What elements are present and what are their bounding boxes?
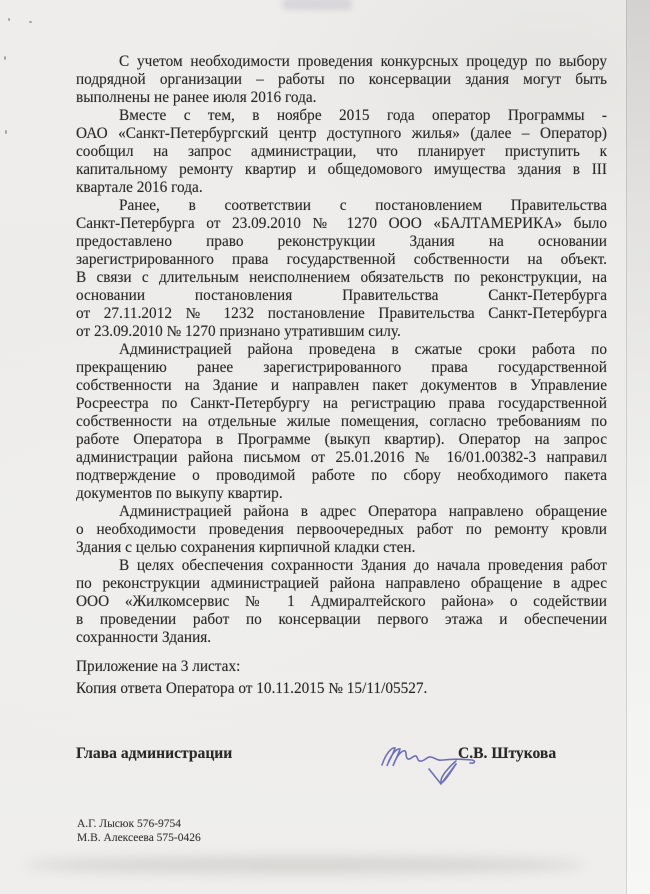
text-line: В связи с длительным неисполнением обяза… xyxy=(76,269,607,287)
text-line: работе Оператора в Программе (выкуп квар… xyxy=(76,431,607,449)
text-line: Администрацией района проведена в сжатые… xyxy=(76,341,607,359)
scan-speck xyxy=(5,130,7,134)
text-line: по реконструкции администрацией района н… xyxy=(76,575,607,593)
text-line: основании постановления Правительства Са… xyxy=(76,287,607,305)
text-line: ООО «Жилкомсервис № 1 Адмиралтейского ра… xyxy=(76,593,607,611)
scan-speck xyxy=(29,21,32,23)
text-line: прекращению ранее зарегистрированного пр… xyxy=(76,359,607,377)
text-line: подтверждение о проводимой работе по сбо… xyxy=(76,467,607,485)
scan-speck xyxy=(4,56,6,60)
text-line: С учетом необходимости проведения конкур… xyxy=(76,53,607,71)
scan-speck xyxy=(8,18,10,21)
text-line: собственности на Здание и направлен паке… xyxy=(76,377,607,395)
text-line: от 23.09.2010 № 1270 признано утратившим… xyxy=(76,323,607,341)
text-line: Росреестра по Санкт-Петербургу на регист… xyxy=(76,395,607,413)
contact-line: М.В. Алексеева 575-0426 xyxy=(77,831,201,845)
paragraph: Администрацией района проведена в сжатые… xyxy=(76,341,607,503)
text-line: документов по выкупу квартир. xyxy=(76,485,607,503)
attachment-line: Приложение на 3 листах: xyxy=(76,656,607,678)
paper-right-edge xyxy=(626,0,650,894)
text-line: квартале 2016 года. xyxy=(76,179,607,197)
paragraph: Администрацией района в адрес Оператора … xyxy=(76,503,607,557)
text-line: Здания с целью сохранения кирпичной клад… xyxy=(76,539,607,557)
text-line: сохранности Здания. xyxy=(76,629,607,647)
signature-name: С.В. Штукова xyxy=(458,745,556,763)
paragraph: С учетом необходимости проведения конкур… xyxy=(76,53,607,107)
text-line: В целях обеспечения сохранности Здания д… xyxy=(76,557,607,575)
paragraph: В целях обеспечения сохранности Здания д… xyxy=(76,557,607,647)
text-line: выполнены не ранее июля 2016 года. xyxy=(76,89,607,107)
scanned-letter-page: С учетом необходимости проведения конкур… xyxy=(0,0,650,894)
signature-role-label: Глава администрации xyxy=(76,745,232,763)
text-line: Администрацией района в адрес Оператора … xyxy=(76,503,607,521)
text-line: Вместе с тем, в ноябре 2015 года операто… xyxy=(76,107,607,125)
text-line: о необходимости проведения первоочередны… xyxy=(76,521,607,539)
contact-line: А.Г. Лысюк 576-9754 xyxy=(77,817,201,831)
text-line: Санкт-Петербурга от 23.09.2010 № 1270 ОО… xyxy=(76,215,607,233)
text-line: в проведении работ по консервации первог… xyxy=(76,611,607,629)
attachment-line: Копия ответа Оператора от 10.11.2015 № 1… xyxy=(76,678,607,700)
text-line: собственности на отдельные жилые помещен… xyxy=(76,413,607,431)
text-line: администрации района письмом от 25.01.20… xyxy=(76,449,607,467)
text-line: капитальному ремонту квартир и общедомов… xyxy=(76,161,607,179)
text-line: от 27.11.2012 № 1232 постановление Прави… xyxy=(76,305,607,323)
text-line: предоставлено право реконструкции Здания… xyxy=(76,233,607,251)
paragraph: Ранее, в соответствии с постановлением П… xyxy=(76,197,607,341)
faint-stamp-mark xyxy=(282,0,352,10)
signature-row: Глава администрации С.В. Штукова xyxy=(76,745,607,805)
text-line: зарегистрированного права государственно… xyxy=(76,251,607,269)
text-line: подрядной организации – работы по консер… xyxy=(76,71,607,89)
text-line: ОАО «Санкт-Петербургский центр доступног… xyxy=(76,125,607,143)
text-line: Ранее, в соответствии с постановлением П… xyxy=(76,197,607,215)
contacts-block: А.Г. Лысюк 576-9754 М.В. Алексеева 575-0… xyxy=(77,817,201,845)
paragraph: Вместе с тем, в ноябре 2015 года операто… xyxy=(76,107,607,197)
text-line: сообщил на запрос администрации, что пла… xyxy=(76,143,607,161)
body-text: С учетом необходимости проведения конкур… xyxy=(76,53,607,647)
paper-bottom-shadow xyxy=(25,857,585,873)
attachment-block: Приложение на 3 листах: Копия ответа Опе… xyxy=(76,656,607,700)
